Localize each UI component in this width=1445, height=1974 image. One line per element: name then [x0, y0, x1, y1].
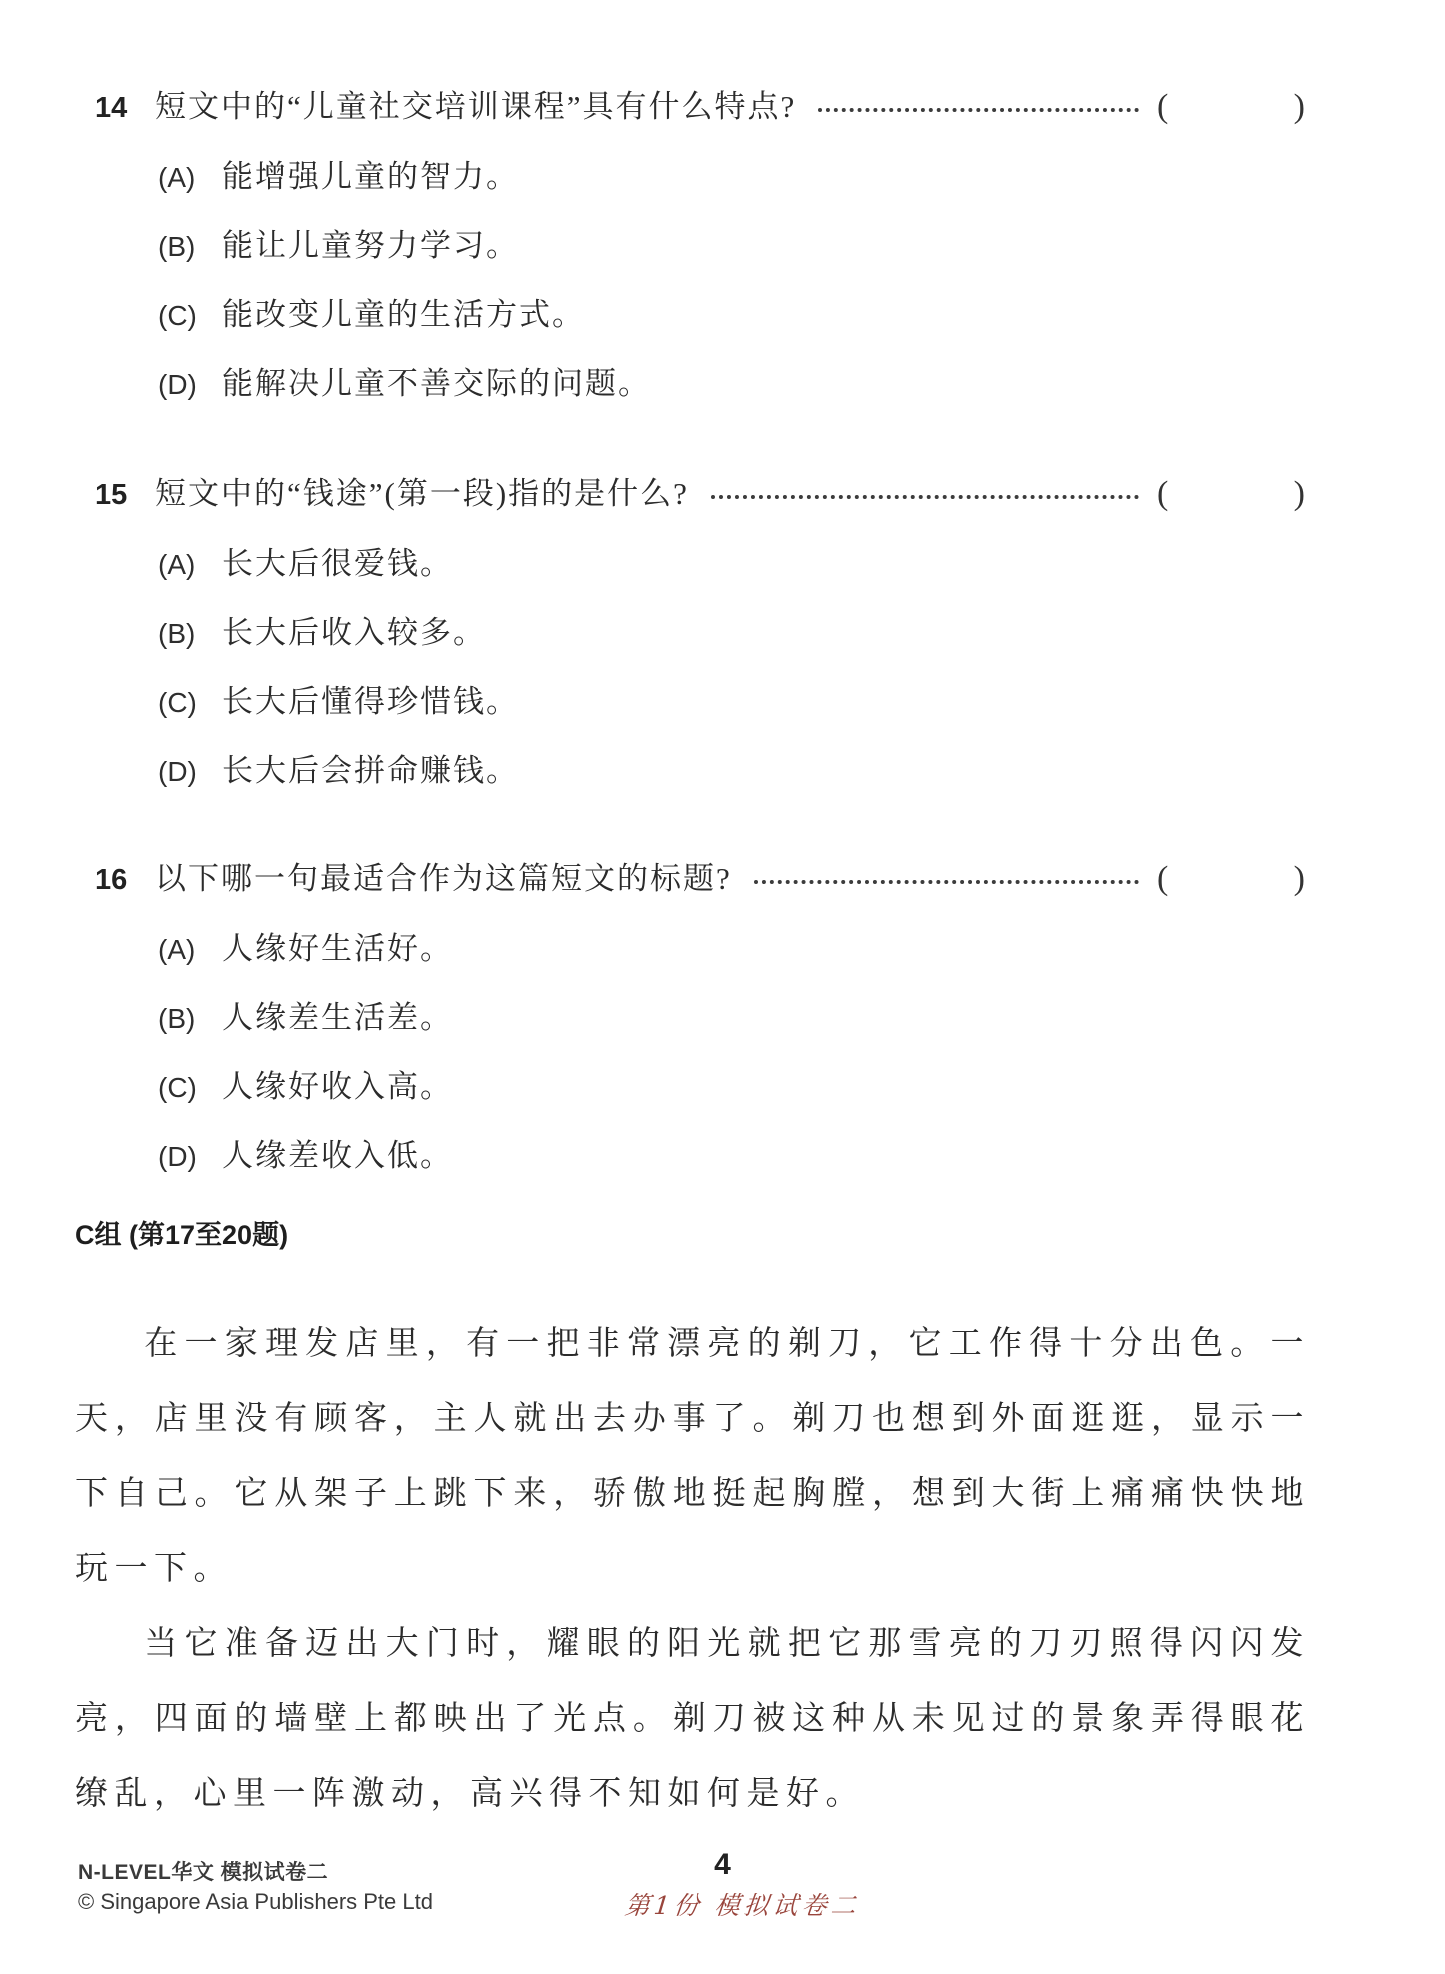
option-c: (C) 人缘好收入高。: [158, 1065, 1305, 1110]
exam-page: 14 短文中的“儿童社交培训课程”具有什么特点? ( ) (A) 能增强儿童的智…: [0, 0, 1445, 1974]
question-number: 15: [95, 472, 155, 518]
answer-bracket-open: (: [1157, 856, 1168, 902]
question-15-row: 15 短文中的“钱途”(第一段)指的是什么? ( ): [95, 471, 1305, 518]
section-header: C组 (第17至20题): [75, 1215, 1310, 1255]
option-text: 长大后收入较多。: [222, 611, 486, 655]
section-question-range: (第17至20题): [129, 1220, 288, 1250]
questions-section: 14 短文中的“儿童社交培训课程”具有什么特点? ( ) (A) 能增强儿童的智…: [0, 0, 1445, 1179]
question-16-row: 16 以下哪一句最适合作为这篇短文的标题? ( ): [95, 856, 1305, 903]
page-footer: N-LEVEL华文 模拟试卷二 © Singapore Asia Publish…: [0, 1848, 1445, 1968]
option-text: 长大后会拼命赚钱。: [222, 749, 519, 793]
question-number: 14: [95, 85, 155, 131]
option-text: 人缘差收入低。: [222, 1134, 453, 1178]
option-c: (C) 能改变儿童的生活方式。: [158, 293, 1305, 338]
handwritten-stamp: 第1份 模拟试卷二: [38, 1886, 1445, 1922]
option-c: (C) 长大后懂得珍惜钱。: [158, 680, 1305, 725]
question-15: 15 短文中的“钱途”(第一段)指的是什么? ( ) (A) 长大后很爱钱。 (…: [95, 471, 1305, 794]
option-text: 长大后懂得珍惜钱。: [222, 680, 519, 724]
option-b: (B) 人缘差生活差。: [158, 996, 1305, 1041]
question-14-row: 14 短文中的“儿童社交培训课程”具有什么特点? ( ): [95, 84, 1305, 131]
option-label: (B): [158, 997, 222, 1041]
question-14: 14 短文中的“儿童社交培训课程”具有什么特点? ( ) (A) 能增强儿童的智…: [95, 84, 1305, 407]
option-text: 能解决儿童不善交际的问题。: [222, 362, 651, 406]
answer-space-q16[interactable]: ( ): [1157, 856, 1305, 902]
option-label: (A): [158, 928, 222, 972]
option-text: 人缘好生活好。: [222, 927, 453, 971]
answer-space-q15[interactable]: ( ): [1157, 471, 1305, 517]
options-q14: (A) 能增强儿童的智力。 (B) 能让儿童努力学习。 (C) 能改变儿童的生活…: [158, 155, 1305, 407]
section-title: C组: [75, 1220, 122, 1250]
option-d: (D) 长大后会拼命赚钱。: [158, 749, 1305, 794]
answer-bracket-close: ): [1294, 84, 1305, 130]
option-a: (A) 人缘好生活好。: [158, 927, 1305, 972]
dotted-leader: [754, 880, 1139, 884]
option-label: (C): [158, 1066, 222, 1110]
question-text: 短文中的“钱途”(第一段)指的是什么?: [155, 471, 689, 517]
option-label: (D): [158, 363, 222, 407]
option-a: (A) 能增强儿童的智力。: [158, 155, 1305, 200]
option-text: 能让儿童努力学习。: [222, 224, 519, 268]
question-text: 以下哪一句最适合作为这篇短文的标题?: [155, 856, 732, 902]
option-text: 人缘差生活差。: [222, 996, 453, 1040]
answer-bracket-open: (: [1157, 84, 1168, 130]
passage-paragraph-2: 当它准备迈出大门时，耀眼的阳光就把它那雪亮的刀刃照得闪闪发亮，四面的墙壁上都映出…: [75, 1607, 1310, 1832]
option-text: 人缘好收入高。: [222, 1065, 453, 1109]
question-number: 16: [95, 857, 155, 903]
answer-space-q14[interactable]: ( ): [1157, 84, 1305, 130]
option-label: (C): [158, 294, 222, 338]
answer-bracket-open: (: [1157, 471, 1168, 517]
question-text: 短文中的“儿童社交培训课程”具有什么特点?: [155, 84, 796, 130]
answer-bracket-close: ): [1294, 471, 1305, 517]
option-d: (D) 人缘差收入低。: [158, 1134, 1305, 1179]
option-text: 能增强儿童的智力。: [222, 155, 519, 199]
dotted-leader: [711, 495, 1139, 499]
option-label: (D): [158, 1135, 222, 1179]
page-number: 4: [0, 1848, 1445, 1882]
options-q15: (A) 长大后很爱钱。 (B) 长大后收入较多。 (C) 长大后懂得珍惜钱。 (…: [158, 542, 1305, 794]
section-c: C组 (第17至20题) 在一家理发店里，有一把非常漂亮的剃刀，它工作得十分出色…: [0, 1179, 1445, 1832]
option-d: (D) 能解决儿童不善交际的问题。: [158, 362, 1305, 407]
dotted-leader: [818, 108, 1139, 112]
option-label: (A): [158, 156, 222, 200]
options-q16: (A) 人缘好生活好。 (B) 人缘差生活差。 (C) 人缘好收入高。 (D) …: [158, 927, 1305, 1179]
option-text: 长大后很爱钱。: [222, 542, 453, 586]
option-a: (A) 长大后很爱钱。: [158, 542, 1305, 587]
option-label: (C): [158, 681, 222, 725]
option-text: 能改变儿童的生活方式。: [222, 293, 585, 337]
option-label: (B): [158, 225, 222, 269]
question-16: 16 以下哪一句最适合作为这篇短文的标题? ( ) (A) 人缘好生活好。 (B…: [95, 856, 1305, 1179]
option-label: (D): [158, 750, 222, 794]
answer-bracket-close: ): [1294, 856, 1305, 902]
option-label: (A): [158, 543, 222, 587]
option-b: (B) 能让儿童努力学习。: [158, 224, 1305, 269]
option-label: (B): [158, 612, 222, 656]
passage-paragraph-1: 在一家理发店里，有一把非常漂亮的剃刀，它工作得十分出色。一天，店里没有顾客，主人…: [75, 1307, 1310, 1607]
option-b: (B) 长大后收入较多。: [158, 611, 1305, 656]
